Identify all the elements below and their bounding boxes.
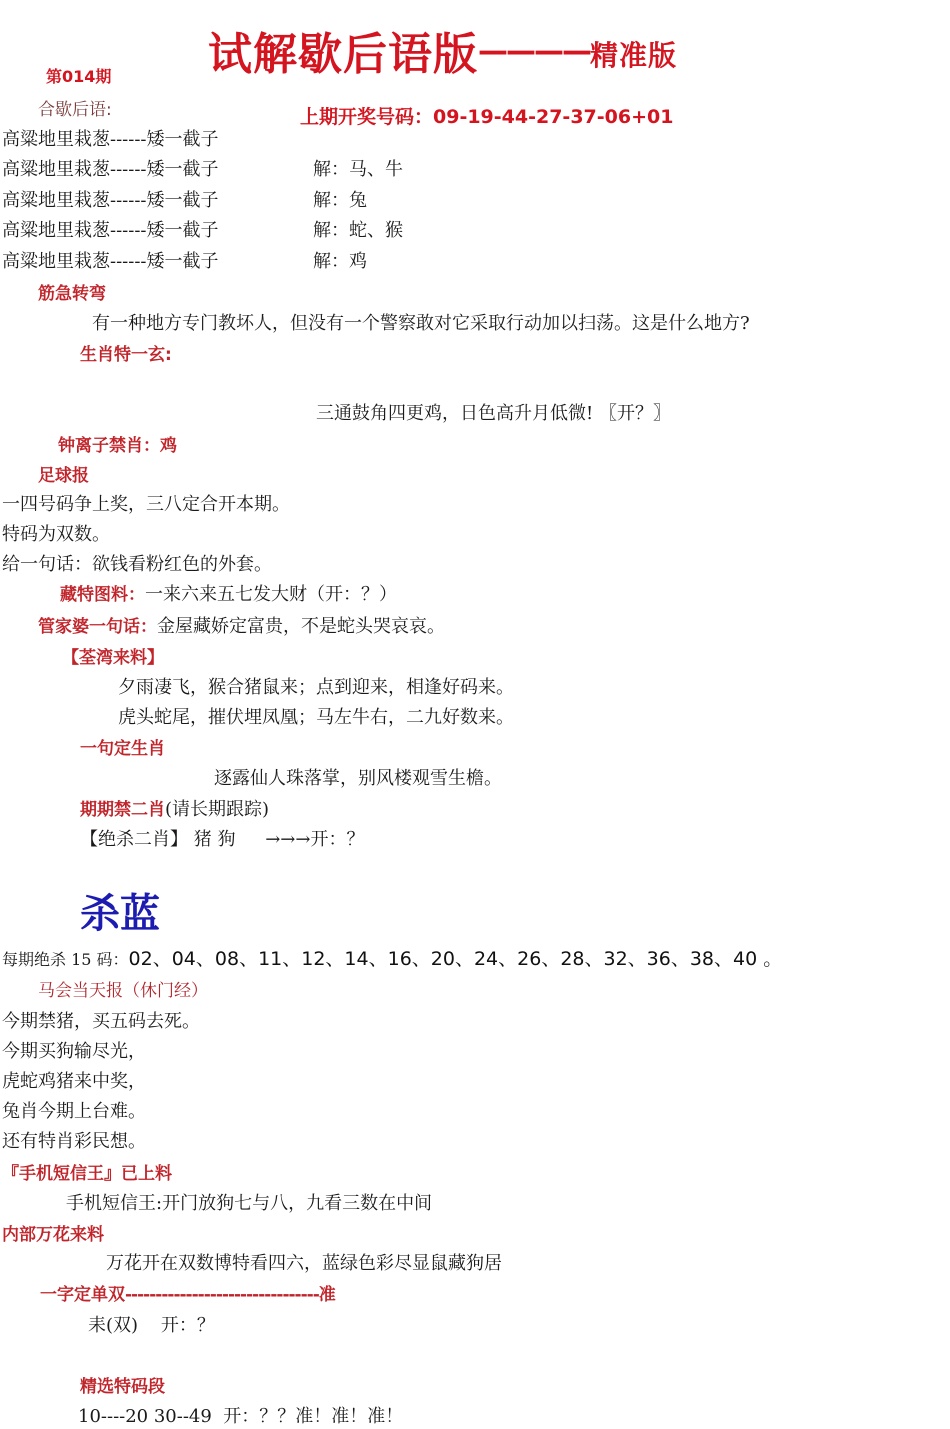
last-draw-numbers: 09-19-44-27-37-06+01 <box>433 106 673 128</box>
ban-two-heading: 期期禁二肖 <box>80 800 165 820</box>
sms-king-heading: 『手机短信王』已上料 <box>2 1159 172 1184</box>
selected-range-heading: 精选特码段 <box>80 1372 165 1397</box>
kill-blue-label: 每期绝杀 15 码： <box>2 950 129 969</box>
quanwan-line-2: 虎头蛇尾，摧伏埋凤凰；马左牛右，二九好数来。 <box>118 703 514 729</box>
football-line-3: 给一句话：欲钱看粉红色的外套。 <box>2 550 272 576</box>
quanwan-line-1: 夕雨凄飞，猴合猪鼠来；点到迎来，相逢好码来。 <box>118 673 514 699</box>
odd-even-heading-row: 一字定单双--------------------------------准 <box>40 1280 336 1305</box>
xiehouyu-answer-2: 解：马、牛 <box>313 155 403 181</box>
football-heading: 足球报 <box>38 461 89 486</box>
ban-two-arrows: →→→开：？ <box>265 829 364 850</box>
last-draw-label: 上期开奖号码： <box>300 106 433 128</box>
football-line-2: 特码为双数。 <box>2 520 110 546</box>
xiehouyu-row-3: 高粱地里栽葱------矮一截子 <box>2 186 219 212</box>
wanhua-text: 万花开在双数博特看四六，蓝绿色彩尽显鼠藏狗居 <box>106 1249 502 1275</box>
title-dash: ———— <box>478 34 590 69</box>
odd-even-dashes: -------------------------------- <box>125 1285 319 1305</box>
odd-even-heading: 一字定单双 <box>40 1285 125 1305</box>
shengxiao-heading: 生肖特一玄: <box>80 340 172 365</box>
title-main: 试解歇后语版 <box>208 29 478 80</box>
xiehouyu-answer-3: 解：兔 <box>313 186 367 212</box>
football-line-1: 一四号码争上奖，三八定合开本期。 <box>2 490 290 516</box>
title-subtitle: 精准版 <box>590 39 677 72</box>
hidden-special-label: 藏特图料： <box>60 585 145 605</box>
housekeeper: 管家婆一句话：金屋藏娇定富贵，不是蛇头哭哀哀。 <box>38 612 445 638</box>
ban-two-note: (请长期跟踪) <box>165 799 269 820</box>
xiehouyu-heading: 合歇后语: <box>38 95 112 120</box>
horse-club-line-1: 今期禁猪，买五码去死。 <box>2 1007 200 1033</box>
kill-blue-heading: 杀蓝 <box>80 882 160 939</box>
riddle-heading: 筋急转弯 <box>38 279 106 304</box>
housekeeper-label: 管家婆一句话： <box>38 617 157 637</box>
horse-club-line-4: 兔肖今期上台难。 <box>2 1097 146 1123</box>
last-draw: 上期开奖号码：09-19-44-27-37-06+01 <box>300 102 673 129</box>
kill-blue-row: 每期绝杀 15 码：02、04、08、11、12、14、16、20、24、26、… <box>2 944 782 971</box>
selected-range-text: 10----20 30--49 开：？？准！准！准！ <box>78 1402 403 1428</box>
shengxiao-text: 三通鼓角四更鸡，日色高升月低微! 〖开？〗 <box>316 399 671 425</box>
xiehouyu-answer-4: 解：蛇、猴 <box>313 216 403 242</box>
ban-two-label: 【绝杀二肖】 <box>80 829 188 850</box>
odd-even-suffix: 准 <box>319 1285 336 1305</box>
hidden-special-text: 一来六来五七发大财（开：？） <box>145 584 397 605</box>
quanwan-heading: 【荃湾来料】 <box>62 643 164 668</box>
page-title: 试解歇后语版————精准版 <box>208 18 677 82</box>
xiehouyu-row-5: 高粱地里栽葱------矮一截子 <box>2 247 219 273</box>
horse-club-line-2: 今期买狗输尽光， <box>2 1037 146 1063</box>
issue-number: 第014期 <box>46 64 111 87</box>
riddle-text: 有一种地方专门教坏人，但没有一个警察敢对它采取行动加以扫荡。这是什么地方? <box>92 309 750 335</box>
xiehouyu-answer-5: 解：鸡 <box>313 247 367 273</box>
odd-even-text: 耒(双) 开：？ <box>88 1311 215 1337</box>
ban-two: 期期禁二肖(请长期跟踪) <box>80 795 269 821</box>
one-sentence-heading: 一句定生肖 <box>80 734 165 759</box>
zhongli-text: 钟离子禁肖：鸡 <box>58 431 177 456</box>
wanhua-heading: 内部万花来料 <box>2 1220 104 1245</box>
one-sentence-text: 逐露仙人珠落掌，别风楼观雪生檐。 <box>214 764 502 790</box>
xiehouyu-row-2: 高粱地里栽葱------矮一截子 <box>2 155 219 181</box>
kill-blue-numbers: 02、04、08、11、12、14、16、20、24、26、28、32、36、3… <box>129 948 783 970</box>
xiehouyu-row-4: 高粱地里栽葱------矮一截子 <box>2 216 219 242</box>
horse-club-line-5: 还有特肖彩民想。 <box>2 1127 146 1153</box>
horse-club-line-3: 虎蛇鸡猪来中奖， <box>2 1067 146 1093</box>
horse-club-heading: 马会当天报（休门经） <box>38 976 208 1001</box>
housekeeper-text: 金屋藏娇定富贵，不是蛇头哭哀哀。 <box>157 616 445 637</box>
ban-two-row: 【绝杀二肖】 猪 狗 →→→开：？ <box>80 825 364 851</box>
xiehouyu-row-1: 高粱地里栽葱------矮一截子 <box>2 125 219 151</box>
hidden-special: 藏特图料：一来六来五七发大财（开：？） <box>60 580 397 606</box>
ban-two-animals: 猪 狗 <box>194 829 236 850</box>
sms-king-text: 手机短信王:开门放狗七与八，九看三数在中间 <box>66 1189 432 1215</box>
